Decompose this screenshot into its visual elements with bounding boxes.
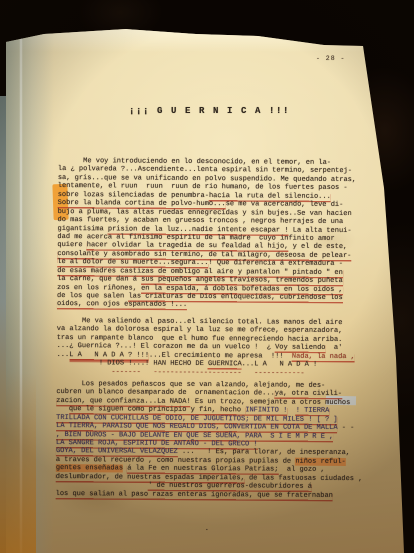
underlined-text: INFINITO ! (245, 407, 287, 415)
paragraph: . (55, 524, 358, 535)
underlying-orange-page (6, 313, 36, 553)
underlined-text: que le siguen como principio y fin, hech… (69, 405, 245, 414)
page-number: - 28 - (316, 55, 345, 63)
underlined-text: ' de nuestros guerreros-descubridores á (148, 482, 312, 491)
typed-text: gigantisima (57, 224, 107, 232)
typed-text: ...L A N A D A ! (242, 360, 318, 369)
typed-text: a' (326, 344, 343, 352)
text-line: . (55, 524, 358, 535)
typed-text (56, 481, 148, 490)
text-line: oidos, con ojos espantados !... (57, 300, 360, 311)
document-page: - 28 - ¡¡¡ G U E R N I C A !!! Me voy in… (6, 28, 409, 553)
underlined-text: los que salian al paso razas enteras ign… (56, 490, 333, 500)
typed-text: ! Que diferencia á extremadura - (208, 259, 342, 268)
typed-text: niños reful- (295, 458, 345, 466)
photo-of-document: - 28 - ¡¡¡ G U E R N I C A !!! Me voy in… (0, 0, 414, 553)
paragraph: Me voy introduciendo en lo desconocido, … (57, 157, 361, 311)
typed-text: ------- --------------------- ----------… (111, 368, 304, 377)
typed-text: y el de este, (288, 243, 347, 251)
text-line: los que salian al paso razas enteras ign… (56, 490, 359, 501)
underlined-text: ya, otra civili- (275, 390, 342, 398)
underlined-text: GUERNICA (208, 360, 242, 368)
underlined-text: Voy saliendo (275, 344, 325, 352)
typed-text: al gozo , (278, 466, 324, 474)
underlined-text: Nada, la nada , (292, 352, 355, 360)
typed-text: gentes enseñadas (56, 464, 123, 472)
underlined-text: L A N A D A ? !!! (69, 351, 149, 360)
paragraph: Los pesados peñascos que se van alzando,… (56, 380, 360, 500)
underlined-text: ! TIERRA (296, 407, 330, 415)
typed-text (56, 405, 69, 413)
typed-text: La alta tenui- (289, 226, 352, 234)
document-body: Me voy introduciendo en lo desconocido, … (55, 157, 361, 535)
typed-text: se me va acercando, leve di- (226, 200, 344, 209)
underlined-text: le al dolor de su muerte...segura... (57, 258, 208, 267)
underlined-text: oidos, con ojos espantados !... (57, 300, 187, 309)
typed-text: . (205, 525, 209, 533)
paragraph: Me va saliendo al paso...el silencio tot… (56, 317, 359, 378)
typed-text: quiere (57, 241, 86, 249)
underlined-text: á la Fe en nuestras Glorias Patrias; (127, 465, 278, 474)
underlined-text: sus pequeños angeles traviesos, tremendo… (141, 276, 343, 285)
typed-text: zos en los riñones, (57, 284, 141, 293)
typed-text: ! DIOS !...! HAN HECHO DE (99, 359, 208, 368)
underlined-text: GOYA, DEL UNIVERSAL VELAZQUEZ (56, 447, 178, 456)
typed-text: ... (57, 351, 70, 359)
typed-text: - - (338, 424, 355, 432)
page-title: ¡¡¡ G U E R N I C A !!! (58, 106, 361, 116)
typed-text: la carne, que dan á (57, 275, 141, 284)
